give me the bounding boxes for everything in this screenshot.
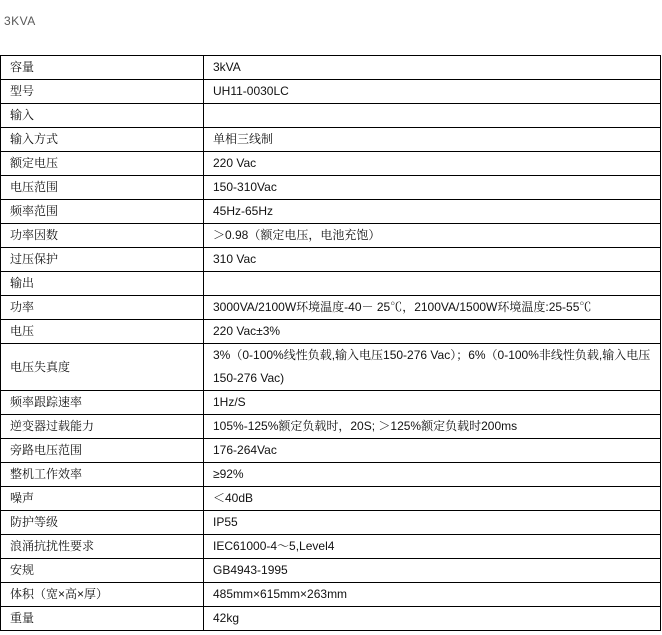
spec-label-cell: 逆变器过载能力 [1,415,204,439]
table-row: 防护等级IP55 [1,511,661,535]
spec-value-cell: 485mm×615mm×263mm [204,583,661,607]
table-row: 型号UH11-0030LC [1,80,661,104]
spec-value-cell: ＜40dB [204,487,661,511]
spec-label-cell: 容量 [1,56,204,80]
spec-label-cell: 整机工作效率 [1,463,204,487]
spec-value-cell: IEC61000-4～5,Level4 [204,535,661,559]
table-row: 噪声＜40dB [1,487,661,511]
table-row: 浪涌抗扰性要求IEC61000-4～5,Level4 [1,535,661,559]
spec-value-cell: 3%（0-100%线性负载,输入电压150-276 Vac）；6%（0-100%… [204,344,661,391]
table-row: 容量3kVA [1,56,661,80]
spec-value-cell: 1Hz/S [204,391,661,415]
table-row: 输入 [1,104,661,128]
spec-value-cell: 单相三线制 [204,128,661,152]
table-row: 频率范围45Hz-65Hz [1,200,661,224]
table-row: 过压保护310 Vac [1,248,661,272]
spec-label-cell: 安规 [1,559,204,583]
spec-label-cell: 重量 [1,607,204,631]
spec-value-cell [204,272,661,296]
spec-label-cell: 电压 [1,320,204,344]
spec-label-cell: 输入 [1,104,204,128]
table-row: 电压范围150-310Vac [1,176,661,200]
spec-label-cell: 电压失真度 [1,344,204,391]
table-row: 重量42kg [1,607,661,631]
spec-label-cell: 旁路电压范围 [1,439,204,463]
spec-value-cell: 42kg [204,607,661,631]
spec-label-cell: 输入方式 [1,128,204,152]
spec-label-cell: 型号 [1,80,204,104]
spec-value-cell: UH11-0030LC [204,80,661,104]
spec-label-cell: 频率范围 [1,200,204,224]
spec-value-cell: 220 Vac [204,152,661,176]
spec-value-cell: 310 Vac [204,248,661,272]
spec-value-cell: 3000VA/2100W环境温度-40－ 25℃，2100VA/1500W环境温… [204,296,661,320]
spec-value-cell: 220 Vac±3% [204,320,661,344]
spec-label-cell: 防护等级 [1,511,204,535]
table-row: 整机工作效率≥92% [1,463,661,487]
spec-label-cell: 功率因数 [1,224,204,248]
table-row: 频率跟踪速率1Hz/S [1,391,661,415]
spec-label-cell: 过压保护 [1,248,204,272]
spec-label-cell: 额定电压 [1,152,204,176]
table-row: 功率因数＞0.98（额定电压，电池充饱） [1,224,661,248]
table-row: 体积（宽×高×厚）485mm×615mm×263mm [1,583,661,607]
spec-label-cell: 电压范围 [1,176,204,200]
table-row: 输出 [1,272,661,296]
spec-label-cell: 功率 [1,296,204,320]
spec-value-cell: ＞0.98（额定电压，电池充饱） [204,224,661,248]
spec-value-cell [204,104,661,128]
spec-label-cell: 体积（宽×高×厚） [1,583,204,607]
table-row: 逆变器过载能力105%-125%额定负载时，20S; ＞125%额定负载时200… [1,415,661,439]
spec-label-cell: 浪涌抗扰性要求 [1,535,204,559]
spec-value-cell: IP55 [204,511,661,535]
spec-label-cell: 频率跟踪速率 [1,391,204,415]
table-row: 输入方式单相三线制 [1,128,661,152]
table-row: 电压220 Vac±3% [1,320,661,344]
table-row: 电压失真度3%（0-100%线性负载,输入电压150-276 Vac）；6%（0… [1,344,661,391]
table-row: 安规GB4943-1995 [1,559,661,583]
spec-table: 容量3kVA型号UH11-0030LC输入输入方式单相三线制额定电压220 Va… [0,55,661,631]
spec-value-cell: 105%-125%额定负载时，20S; ＞125%额定负载时200ms [204,415,661,439]
spec-value-cell: GB4943-1995 [204,559,661,583]
spec-value-cell: 176-264Vac [204,439,661,463]
table-row: 旁路电压范围176-264Vac [1,439,661,463]
spec-value-cell: ≥92% [204,463,661,487]
table-row: 额定电压220 Vac [1,152,661,176]
spec-value-cell: 3kVA [204,56,661,80]
spec-value-cell: 150-310Vac [204,176,661,200]
spec-label-cell: 输出 [1,272,204,296]
spec-value-cell: 45Hz-65Hz [204,200,661,224]
page-title: 3KVA [4,14,36,28]
table-row: 功率3000VA/2100W环境温度-40－ 25℃，2100VA/1500W环… [1,296,661,320]
spec-label-cell: 噪声 [1,487,204,511]
